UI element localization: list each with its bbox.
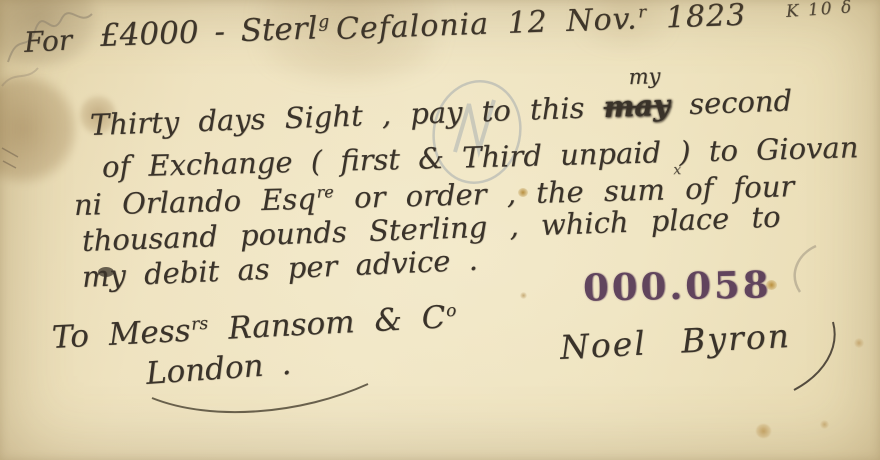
body-text: ni Orlando Esq — [74, 182, 317, 222]
bill-of-exchange-document: For £4000 - Sterlg Cefalonia 12 Nov.r 18… — [0, 0, 880, 460]
ink-spot — [854, 338, 864, 348]
ink-spot — [756, 424, 771, 438]
serial-number-stamp: 000.058 — [583, 262, 772, 309]
signature-flourish — [794, 322, 835, 390]
amount-superscript: g — [318, 12, 330, 32]
year-text: 1823 — [665, 0, 747, 35]
for-label: For — [23, 24, 73, 59]
archival-corner-mark: K 10 δ — [785, 0, 854, 22]
ink-spot — [520, 292, 527, 299]
place-main: Cefalonia 12 Nov. — [335, 1, 638, 47]
addressee-city: London . — [145, 346, 293, 392]
body-text: Thirty days Sight , pay to this — [89, 91, 585, 142]
pencil-mark-right — [795, 246, 816, 292]
signature-noel-byron: Noel Byron — [559, 316, 792, 367]
body-text: second — [689, 83, 793, 121]
pencil-scribble — [2, 68, 38, 86]
amount-text: £4000 - Sterlg — [99, 10, 330, 54]
messrs-superscript: rs — [191, 313, 209, 334]
place-date-text: Cefalonia 12 Nov.r 1823 — [335, 0, 746, 47]
co-superscript: o — [446, 300, 457, 321]
paper-stain-left-large — [0, 70, 78, 188]
ink-spot — [820, 420, 829, 429]
esquire-superscript: re — [316, 183, 334, 202]
body-line-1: Thirty days Sight , pay to this may seco… — [89, 83, 792, 141]
amount-main: £4000 - Sterl — [99, 10, 318, 54]
date-superscript: r — [638, 2, 648, 21]
left-edge-ink-marks — [2, 148, 18, 168]
addressee-name: Ransom & C — [227, 299, 446, 346]
inserted-word: my — [628, 64, 661, 89]
addressee-to: To Mess — [51, 313, 191, 356]
insertion-mark: x — [673, 162, 681, 178]
overwritten-word: may — [603, 88, 670, 124]
